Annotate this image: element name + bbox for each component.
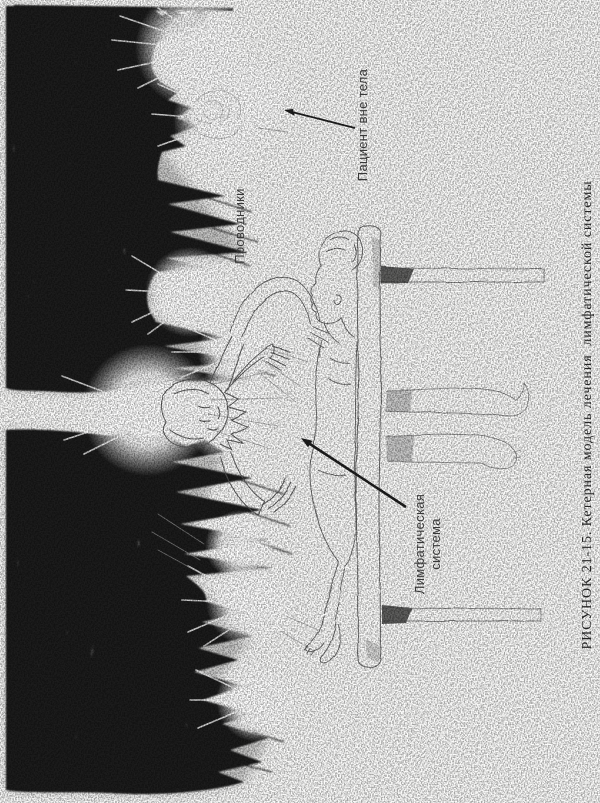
scan-noise: [0, 0, 600, 803]
scanned-page: Пациент вне тела Проводники Лимфатическа…: [0, 0, 600, 803]
label-patient-out-of-body: Пациент вне тела: [355, 55, 373, 195]
label-lymphatic-line1: Лимфатическая: [412, 479, 428, 609]
figure-illustration: [0, 0, 600, 803]
label-lymphatic-system: Лимфатическая система: [412, 479, 444, 609]
label-lymphatic-line2: система: [428, 479, 444, 609]
label-guides: Проводники: [232, 166, 250, 286]
figure-caption: РИСУНОК 21-15. Кетерная модель лечения л…: [580, 160, 596, 670]
